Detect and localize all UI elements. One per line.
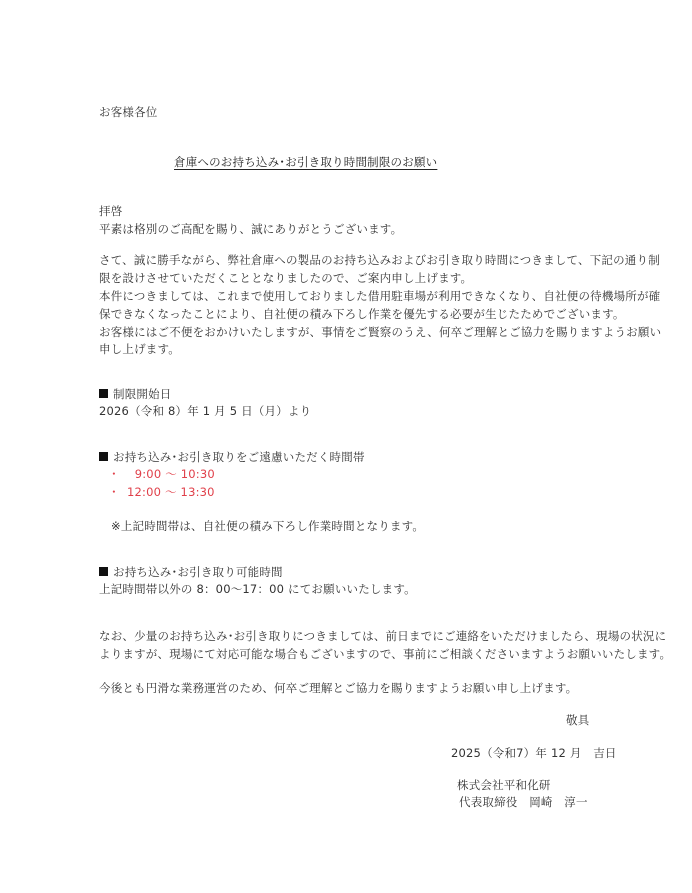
additional-line: よりますが、現場にて対応可能な場合もございますので、事前にご相談くださいますよう… — [99, 645, 671, 663]
time-slot-text: 12:00 ～ 13:30 — [127, 485, 215, 499]
addressee: お客様各位 — [99, 103, 158, 121]
bullet-icon: ･ — [111, 465, 127, 483]
section-heading-restricted-hours: お持ち込み･お引き取りをご遠慮いただく時間帯 — [99, 448, 365, 466]
black-square-icon — [99, 452, 108, 461]
bullet-icon: ･ — [111, 483, 127, 501]
representative-name: 代表取締役 岡崎 淳一 — [459, 793, 588, 811]
body-line: 保できなくなったことにより、自社便の積み下ろし作業を優先する必要が生じたためでご… — [99, 305, 625, 323]
section-heading-label: お持ち込み･お引き取りをご遠慮いただく時間帯 — [113, 450, 365, 464]
closing-request: 今後とも円滑な業務運営のため、何卒ご理解とご協力を賜りますようお願い申し上げます… — [99, 679, 577, 697]
available-hours-value: 上記時間帯以外の 8：00～17：00 にてお願いいたします。 — [99, 580, 416, 598]
time-slot-item: ･12:00 ～ 13:30 — [111, 483, 215, 501]
section-heading-start-date: 制限開始日 — [99, 385, 172, 403]
body-line: 限を設けさせていただくこととなりましたので、ご案内申し上げます。 — [99, 269, 472, 287]
time-slot-text: 9:00 ～ 10:30 — [127, 467, 215, 481]
restricted-hours-note: ※上記時間帯は、自社便の積み下ろし作業時間となります。 — [111, 517, 424, 535]
opening-salutation: 拝啓 — [99, 202, 122, 220]
closing-keigu: 敬具 — [566, 711, 589, 729]
issue-date: 2025（令和7）年 12 月 吉日 — [451, 744, 617, 762]
black-square-icon — [99, 389, 108, 398]
section-heading-available-hours: お持ち込み･お引き取り可能時間 — [99, 563, 283, 581]
section-heading-label: 制限開始日 — [113, 387, 172, 401]
body-line: さて、誠に勝手ながら、弊社倉庫への製品のお持ち込みおよびお引き取り時間につきまし… — [99, 251, 660, 269]
start-date-value: 2026（令和 8）年 1 月 5 日（月）より — [99, 402, 311, 420]
time-slot-item: ･ 9:00 ～ 10:30 — [111, 465, 215, 483]
company-name: 株式会社平和化研 — [457, 776, 551, 794]
greeting-line: 平素は格別のご高配を賜り、誠にありがとうございます。 — [99, 220, 402, 238]
body-line: 本件につきましては、これまで使用しておりました借用駐車場が利用できなくなり、自社… — [99, 287, 660, 305]
black-square-icon — [99, 567, 108, 576]
document-page: お客様各位 倉庫へのお持ち込み･お引き取り時間制限のお願い 拝啓 平素は格別のご… — [0, 0, 692, 893]
section-heading-label: お持ち込み･お引き取り可能時間 — [113, 565, 283, 579]
document-title: 倉庫へのお持ち込み･お引き取り時間制限のお願い — [174, 153, 437, 171]
additional-line: なお、少量のお持ち込み･お引き取りにつきましては、前日までにご連絡をいただけまし… — [99, 627, 666, 645]
body-line: 申し上げます。 — [99, 340, 180, 358]
body-line: お客様にはご不便をおかけいたしますが、事情をご賢察のうえ、何卒ご理解とご協力を賜… — [99, 323, 661, 341]
